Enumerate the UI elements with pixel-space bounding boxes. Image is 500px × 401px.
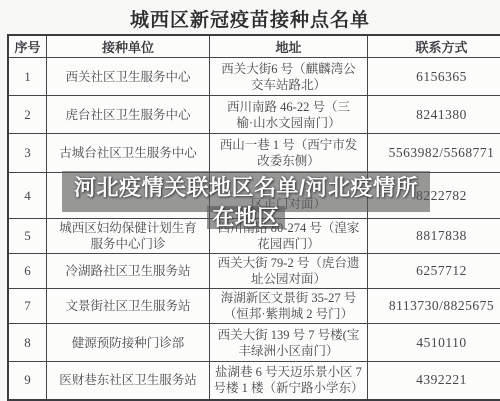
address-cell: 西关大街6 号（麒麟湾公交车站路北）	[210, 58, 368, 96]
address-line: 址公园对面）	[212, 271, 365, 287]
address-line: 西川南路 46-22 号（三	[212, 99, 365, 115]
address-line: 盐湖巷 6 号天迈乐景小区 7	[212, 364, 365, 380]
unit-cell: 西关社区卫生服务中心	[47, 58, 210, 96]
address-cell: 西川南路 80-274 号（湟家花园西门）	[210, 219, 368, 254]
page-title: 城西区新冠疫苗接种点名单	[0, 5, 500, 32]
address-line: 西关大街6 号（麒麟湾公	[212, 61, 365, 77]
address-cell: 西关大街 139 号 7 号楼(宝丰绿洲小区南门）	[210, 324, 368, 362]
table-row: 3古城台社区卫生服务中心西山一巷 1 号（西宁市发改委东侧）5563982/55…	[8, 134, 500, 173]
unit-cell: 虎台社区卫生服务中心	[47, 96, 210, 134]
table-row: 7文景街社区卫生服务站海湖新区文景街 35-27 号（恒邦·紫荆城 2 号门）8…	[8, 289, 500, 324]
unit-line: 西关社区卫生服务中心	[49, 69, 207, 85]
row-number-cell: 1	[8, 58, 47, 96]
row-number-cell: 6	[8, 254, 47, 289]
header-serial-number: 序号	[8, 35, 47, 58]
contact-cell: 4510110	[368, 324, 500, 362]
table-row: 1西关社区卫生服务中心西关大街6 号（麒麟湾公交车站路北）6156365	[8, 58, 500, 96]
row-number-cell: 5	[8, 219, 47, 254]
contact-cell: 5563982/5568771	[368, 134, 500, 173]
address-cell: 西山一巷 1 号（西宁市发改委东侧）	[210, 134, 368, 173]
unit-line: 古城台社区卫生服务中心	[49, 145, 207, 161]
table-row: 6冷湖路社区卫生服务站西关大街 79-2 号（虎台遗址公园对面）6257712	[8, 254, 500, 289]
unit-cell: 城西区妇幼保健计划生育服务中心门诊	[47, 219, 210, 254]
unit-cell: 冷湖路社区卫生服务站	[47, 254, 210, 289]
table-body: 1西关社区卫生服务中心西关大街6 号（麒麟湾公交车站路北）61563652虎台社…	[8, 58, 500, 400]
address-line	[212, 180, 365, 196]
table-row: 4区正门对面）8222782	[8, 173, 500, 219]
unit-line: 服务中心门诊	[49, 236, 207, 252]
address-cell: 海湖新区文景街 35-27 号（恒邦·紫荆城 2 号门）	[210, 289, 368, 324]
row-number-cell: 2	[8, 96, 47, 134]
address-line: 交车站路北）	[212, 77, 365, 93]
address-line: 改委东侧）	[212, 153, 365, 169]
address-cell: 西川南路 46-22 号（三榆·山水文园南门）	[210, 96, 368, 134]
address-line: 花园西门）	[212, 236, 365, 252]
table-row: 2虎台社区卫生服务中心西川南路 46-22 号（三榆·山水文园南门）824138…	[8, 96, 500, 134]
address-line: （恒邦·紫荆城 2 号门）	[212, 306, 365, 322]
table-row: 5城西区妇幼保健计划生育服务中心门诊西川南路 80-274 号（湟家花园西门）8…	[8, 219, 500, 254]
address-cell: 西关大街 79-2 号（虎台遗址公园对面）	[210, 254, 368, 289]
contact-cell: 8222782	[368, 173, 500, 219]
address-line: 西关大街 79-2 号（虎台遗	[212, 255, 365, 271]
address-line: 海湖新区文景街 35-27 号	[212, 290, 365, 306]
address-cell: 盐湖巷 6 号天迈乐景小区 7号楼 1 楼（新宁路小学东）	[210, 362, 368, 400]
unit-cell: 医财巷东社区卫生服务站	[47, 362, 210, 400]
address-line: 号楼 1 楼（新宁路小学东）	[212, 380, 365, 396]
unit-line: 医财巷东社区卫生服务站	[49, 372, 207, 388]
table-row: 8健源预防接种门诊部西关大街 139 号 7 号楼(宝丰绿洲小区南门）45101…	[8, 324, 500, 362]
unit-line: 城西区妇幼保健计划生育	[49, 220, 207, 236]
header-vaccination-unit: 接种单位	[47, 35, 210, 58]
unit-cell: 文景街社区卫生服务站	[47, 289, 210, 324]
address-line: 西川南路 80-274 号（湟家	[212, 220, 365, 236]
vaccination-sites-table: 序号 接种单位 地址 联系方式 1西关社区卫生服务中心西关大街6 号（麒麟湾公交…	[7, 34, 500, 401]
contact-cell: 8241380	[368, 96, 500, 134]
contact-cell: 8113730/8825675	[368, 289, 500, 324]
unit-cell: 古城台社区卫生服务中心	[47, 134, 210, 173]
contact-cell: 4392221	[368, 362, 500, 400]
row-number-cell: 7	[8, 289, 47, 324]
unit-line: 文景街社区卫生服务站	[49, 298, 207, 314]
header-address: 地址	[210, 35, 368, 58]
row-number-cell: 9	[8, 362, 47, 400]
table-header-row: 序号 接种单位 地址 联系方式	[8, 35, 500, 58]
contact-cell: 6257712	[368, 254, 500, 289]
unit-cell	[47, 173, 210, 219]
table-row: 9医财巷东社区卫生服务站盐湖巷 6 号天迈乐景小区 7号楼 1 楼（新宁路小学东…	[8, 362, 500, 400]
address-line: 丰绿洲小区南门）	[212, 343, 365, 359]
address-line: 榆·山水文园南门）	[212, 115, 365, 131]
address-line: 区正门对面）	[212, 196, 365, 212]
row-number-cell: 3	[8, 134, 47, 173]
address-cell: 区正门对面）	[210, 173, 368, 219]
unit-line: 虎台社区卫生服务中心	[49, 107, 207, 123]
table-head: 序号 接种单位 地址 联系方式	[8, 35, 500, 58]
unit-line: 健源预防接种门诊部	[49, 335, 207, 351]
unit-cell: 健源预防接种门诊部	[47, 324, 210, 362]
row-number-cell: 4	[8, 173, 47, 219]
unit-line	[49, 188, 207, 204]
address-line: 西关大街 139 号 7 号楼(宝	[212, 327, 365, 343]
contact-cell: 8817838	[368, 219, 500, 254]
address-line: 西山一巷 1 号（西宁市发	[212, 137, 365, 153]
contact-cell: 6156365	[368, 58, 500, 96]
unit-line: 冷湖路社区卫生服务站	[49, 263, 207, 279]
header-contact: 联系方式	[368, 35, 500, 58]
row-number-cell: 8	[8, 324, 47, 362]
